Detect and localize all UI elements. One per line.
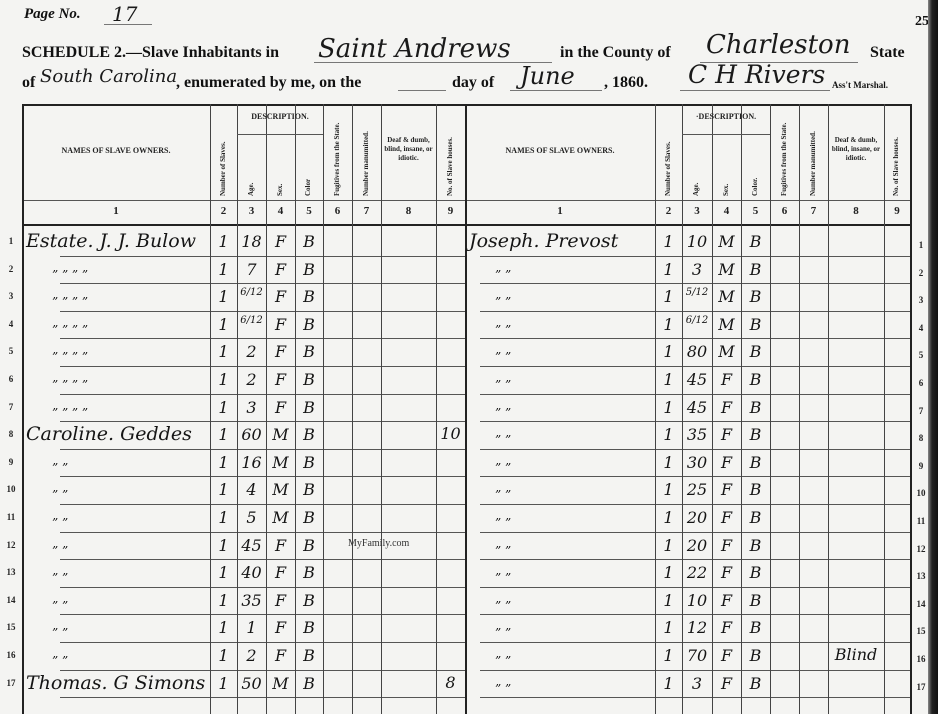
slave-houses-value: 8 <box>436 673 465 692</box>
row-rule <box>210 476 465 477</box>
slave-age: 22 <box>682 563 712 582</box>
slave-sex: F <box>712 536 741 555</box>
slave-count: 1 <box>655 232 682 251</box>
right-panel-border <box>465 104 467 714</box>
row-rule <box>210 587 465 588</box>
owner-name: ” ” ” ” <box>52 295 88 309</box>
right-names-header: NAMES OF SLAVE OWNERS. <box>465 146 655 155</box>
row-rule <box>480 338 655 339</box>
slave-sex: F <box>712 618 741 637</box>
left-color-header: Color <box>304 170 312 196</box>
row-rule <box>210 532 465 533</box>
corner-number: 25 <box>915 14 929 30</box>
owner-name: ” ” <box>52 516 68 530</box>
row-number: 8 <box>2 429 20 439</box>
right-description-header: ·DESCRIPTION. <box>682 112 770 121</box>
row-rule <box>655 449 910 450</box>
row-rule <box>480 366 655 367</box>
left-age-header: Age. <box>247 170 255 196</box>
row-rule <box>655 338 910 339</box>
column-divider <box>381 104 382 714</box>
slave-age: 12 <box>682 618 712 637</box>
owner-name: ” ” <box>495 406 511 420</box>
column-number: 7 <box>799 205 828 217</box>
slave-count: 1 <box>655 618 682 637</box>
left-number-of-slaves-header: Number of Slaves. <box>219 108 227 196</box>
of-label: of <box>22 74 35 92</box>
owner-name: ” ” ” ” <box>52 268 88 282</box>
row-number: 17 <box>2 678 20 688</box>
county-value: Charleston <box>706 30 850 60</box>
slave-age: 7 <box>237 260 266 279</box>
state-value: South Carolina <box>40 66 177 87</box>
slave-age: 4 <box>237 480 266 499</box>
slave-sex: F <box>266 287 295 306</box>
row-rule <box>60 256 210 257</box>
row-rule <box>210 256 465 257</box>
slave-sex: F <box>266 646 295 665</box>
slave-age: 18 <box>237 232 266 251</box>
row-rule <box>60 283 210 284</box>
slave-count: 1 <box>655 591 682 610</box>
slave-age: 3 <box>682 674 712 693</box>
slave-color: B <box>295 342 323 361</box>
slave-count: 1 <box>210 398 237 417</box>
owner-name: ” ” <box>495 654 511 668</box>
slave-age: 5 <box>237 508 266 527</box>
slave-age: 20 <box>682 508 712 527</box>
owner-name: ” ” ” ” <box>52 378 88 392</box>
row-rule <box>210 504 465 505</box>
row-rule <box>60 670 210 671</box>
slave-age: 16 <box>237 453 266 472</box>
marshal-label: Ass't Marshal. <box>832 80 888 90</box>
slave-sex: F <box>712 563 741 582</box>
slave-sex: F <box>712 480 741 499</box>
slave-color: B <box>295 480 323 499</box>
column-divider <box>436 104 437 714</box>
slave-age: 45 <box>237 536 266 555</box>
left-names-header: NAMES OF SLAVE OWNERS. <box>22 146 210 155</box>
slave-sex: F <box>712 453 741 472</box>
row-rule <box>655 504 910 505</box>
row-rule <box>655 587 910 588</box>
slave-age: 10 <box>682 591 712 610</box>
left-fugitives-header: Fugitives from the State. <box>333 108 341 196</box>
slave-color: B <box>741 591 770 610</box>
row-rule <box>60 476 210 477</box>
owner-name: ” ” <box>495 488 511 502</box>
row-rule <box>210 394 465 395</box>
day-of-label: day of <box>452 74 494 92</box>
slave-count: 1 <box>210 260 237 279</box>
slave-sex: F <box>266 591 295 610</box>
row-rule <box>210 283 465 284</box>
owner-name: ” ” <box>52 488 68 502</box>
column-number: 5 <box>741 205 770 217</box>
slave-color: B <box>295 370 323 389</box>
slave-color: B <box>295 646 323 665</box>
column-divider <box>323 104 324 714</box>
row-rule <box>655 642 910 643</box>
slave-count: 1 <box>210 480 237 499</box>
slave-sex: F <box>712 425 741 444</box>
row-rule <box>655 697 910 698</box>
page-number: 17 <box>112 2 137 26</box>
row-number: 13 <box>2 567 20 577</box>
slave-count: 1 <box>210 536 237 555</box>
slave-count: 1 <box>210 287 237 306</box>
slave-age: 25 <box>682 480 712 499</box>
slave-color: B <box>295 315 323 334</box>
row-rule <box>60 338 210 339</box>
row-rule <box>210 449 465 450</box>
slave-color: B <box>741 453 770 472</box>
left-sex-header: Sex. <box>276 170 284 196</box>
year-label: , 1860. <box>604 74 648 92</box>
slave-count: 1 <box>655 425 682 444</box>
slave-count: 1 <box>655 674 682 693</box>
slave-count: 1 <box>655 398 682 417</box>
slave-color: B <box>295 260 323 279</box>
row-rule <box>655 559 910 560</box>
owner-name: ” ” <box>52 544 68 558</box>
slave-age: 60 <box>237 425 266 444</box>
row-rule <box>60 642 210 643</box>
slave-sex: F <box>712 398 741 417</box>
slave-count: 1 <box>210 618 237 637</box>
row-rule <box>480 394 655 395</box>
row-rule <box>655 283 910 284</box>
slave-count: 1 <box>210 370 237 389</box>
column-number: 5 <box>295 205 323 217</box>
slave-sex: F <box>712 508 741 527</box>
slave-sex: M <box>712 287 741 306</box>
row-rule <box>480 532 655 533</box>
row-rule <box>210 311 465 312</box>
right-fugitives-header: Fugitives from the State. <box>780 108 788 196</box>
right-slave-houses-header: No. of Slave houses. <box>892 108 900 196</box>
state-label: State <box>870 44 905 62</box>
row-rule <box>210 642 465 643</box>
slave-color: B <box>295 232 323 251</box>
right-number-of-slaves-header: Number of Slaves. <box>664 108 672 196</box>
slave-color: B <box>741 315 770 334</box>
row-number: 12 <box>2 540 20 550</box>
slave-count: 1 <box>210 232 237 251</box>
slave-color: B <box>741 563 770 582</box>
owner-name: ” ” <box>495 626 511 640</box>
slave-age: 5/12 <box>682 287 712 298</box>
slave-count: 1 <box>655 646 682 665</box>
slave-sex: M <box>712 315 741 334</box>
owner-name: ” ” <box>52 599 68 613</box>
slave-age: 2 <box>237 646 266 665</box>
column-number: 3 <box>237 205 266 217</box>
column-number: 9 <box>436 205 465 217</box>
column-divider <box>770 104 771 714</box>
slave-count: 1 <box>210 342 237 361</box>
row-rule <box>210 338 465 339</box>
slave-age: 6/12 <box>682 315 712 326</box>
slave-color: B <box>741 398 770 417</box>
slave-age: 10 <box>682 232 712 251</box>
column-number: 7 <box>352 205 381 217</box>
slave-count: 1 <box>655 480 682 499</box>
row-number: 15 <box>2 622 20 632</box>
slave-age: 45 <box>682 370 712 389</box>
owner-name: ” ” <box>495 516 511 530</box>
owner-name: ” ” <box>495 461 511 475</box>
row-rule <box>480 670 655 671</box>
slave-age: 20 <box>682 536 712 555</box>
slave-sex: F <box>266 563 295 582</box>
column-number: 6 <box>323 205 352 217</box>
row-rule <box>655 421 910 422</box>
slave-sex: F <box>712 674 741 693</box>
row-rule <box>210 421 465 422</box>
slave-count: 1 <box>655 508 682 527</box>
row-rule <box>60 532 210 533</box>
owner-name: ” ” <box>495 682 511 696</box>
row-number: 1 <box>2 236 20 246</box>
row-rule <box>210 559 465 560</box>
table-top-rule <box>22 104 912 106</box>
owner-name: ” ” <box>495 599 511 613</box>
slave-color: B <box>295 287 323 306</box>
owner-name: ” ” <box>495 571 511 585</box>
month-value: June <box>520 62 575 90</box>
owner-name: Joseph. Prevost <box>469 230 618 252</box>
page-edge-shadow <box>928 0 938 714</box>
slave-color: B <box>295 425 323 444</box>
row-rule <box>60 697 210 698</box>
slave-color: B <box>295 674 323 693</box>
column-divider <box>799 104 800 714</box>
slave-color: B <box>741 480 770 499</box>
slave-sex: M <box>712 260 741 279</box>
slave-age: 70 <box>682 646 712 665</box>
slave-color: B <box>295 536 323 555</box>
row-number: 3 <box>2 291 20 301</box>
slave-count: 1 <box>655 287 682 306</box>
slave-houses-value: 10 <box>436 424 465 443</box>
row-rule <box>480 311 655 312</box>
column-number: 2 <box>210 205 237 217</box>
column-number: 1 <box>22 205 210 217</box>
owner-name: Caroline. Geddes <box>26 423 192 445</box>
slave-count: 1 <box>210 646 237 665</box>
district-value: Saint Andrews <box>318 34 511 64</box>
left-deaf-header: Deaf & dumb, blind, insane, or idiotic. <box>383 136 434 163</box>
row-rule <box>655 256 910 257</box>
page-label: Page No. <box>24 6 81 23</box>
row-rule <box>480 587 655 588</box>
owner-name: ” ” <box>495 378 511 392</box>
row-number: 9 <box>2 457 20 467</box>
column-number: 9 <box>884 205 910 217</box>
owner-name: ” ” <box>52 654 68 668</box>
column-number: 4 <box>266 205 295 217</box>
watermark: MyFamily.com <box>348 538 409 549</box>
row-rule <box>60 614 210 615</box>
column-number: 4 <box>712 205 741 217</box>
slave-count: 1 <box>655 370 682 389</box>
owner-name: ” ” <box>52 626 68 640</box>
slave-sex: M <box>266 425 295 444</box>
slave-sex: F <box>712 591 741 610</box>
slave-count: 1 <box>210 563 237 582</box>
slave-sex: F <box>266 370 295 389</box>
row-number: 7 <box>2 402 20 412</box>
row-rule <box>480 504 655 505</box>
slave-color: B <box>741 618 770 637</box>
slave-sex: F <box>266 342 295 361</box>
row-rule <box>655 311 910 312</box>
row-rule <box>210 366 465 367</box>
row-rule <box>655 614 910 615</box>
row-number: 10 <box>2 484 20 494</box>
slave-count: 1 <box>210 508 237 527</box>
slave-color: B <box>295 508 323 527</box>
slave-count: 1 <box>210 425 237 444</box>
slave-age: 50 <box>237 674 266 693</box>
row-number: 16 <box>2 650 20 660</box>
slave-sex: F <box>266 232 295 251</box>
slave-color: B <box>741 260 770 279</box>
row-rule <box>210 614 465 615</box>
row-rule <box>210 670 465 671</box>
slave-color: B <box>741 342 770 361</box>
column-number: 8 <box>381 205 436 217</box>
row-number: 14 <box>2 595 20 605</box>
left-slave-houses-header: No. of Slave houses. <box>446 108 454 196</box>
row-rule <box>480 256 655 257</box>
right-manumitted-header: Number manumitted. <box>809 108 817 196</box>
owner-name: Estate. J. J. Bulow <box>26 230 196 252</box>
left-panel-border <box>22 104 24 714</box>
column-divider <box>352 104 353 714</box>
owner-name: ” ” <box>52 571 68 585</box>
slave-color: B <box>741 646 770 665</box>
owner-name: ” ” <box>495 323 511 337</box>
column-number: 2 <box>655 205 682 217</box>
row-rule <box>480 559 655 560</box>
column-number: 1 <box>465 205 655 217</box>
county-label: in the County of <box>560 44 671 62</box>
row-rule <box>60 449 210 450</box>
slave-sex: F <box>266 315 295 334</box>
owner-name: Thomas. G Simons <box>26 672 205 694</box>
row-rule <box>655 394 910 395</box>
slave-age: 45 <box>682 398 712 417</box>
slave-sex: F <box>266 260 295 279</box>
left-manumitted-header: Number manumitted. <box>362 108 370 196</box>
row-rule <box>655 532 910 533</box>
row-rule <box>480 421 655 422</box>
row-rule <box>480 449 655 450</box>
description-rule <box>237 134 323 135</box>
slave-count: 1 <box>210 591 237 610</box>
row-rule <box>480 697 655 698</box>
slave-color: B <box>741 232 770 251</box>
right-color-header: Color. <box>751 170 759 196</box>
slave-color: B <box>295 591 323 610</box>
slave-age: 40 <box>237 563 266 582</box>
row-rule <box>60 504 210 505</box>
slave-count: 1 <box>655 342 682 361</box>
owner-name: ” ” <box>495 350 511 364</box>
row-rule <box>60 366 210 367</box>
owner-name: ” ” ” ” <box>52 406 88 420</box>
right-sex-header: Sex. <box>722 170 730 196</box>
slave-age: 30 <box>682 453 712 472</box>
slave-color: B <box>741 674 770 693</box>
slave-color: B <box>295 618 323 637</box>
slave-count: 1 <box>655 453 682 472</box>
slave-sex: M <box>712 342 741 361</box>
slave-sex: M <box>266 508 295 527</box>
enumerated-label: , enumerated by me, on the <box>176 74 361 92</box>
row-rule <box>60 587 210 588</box>
row-rule <box>480 614 655 615</box>
slave-count: 1 <box>655 563 682 582</box>
row-rule <box>60 559 210 560</box>
slave-age: 3 <box>237 398 266 417</box>
row-rule <box>210 697 465 698</box>
slave-sex: F <box>712 370 741 389</box>
column-number: 6 <box>770 205 799 217</box>
slave-color: B <box>741 508 770 527</box>
slave-sex: M <box>712 232 741 251</box>
marshal-name: C H Rivers <box>688 60 825 89</box>
slave-count: 1 <box>655 536 682 555</box>
slave-color: B <box>741 287 770 306</box>
slave-count: 1 <box>655 315 682 334</box>
slave-color: B <box>741 536 770 555</box>
slave-color: B <box>295 398 323 417</box>
slave-count: 1 <box>655 260 682 279</box>
slave-age: 80 <box>682 342 712 361</box>
slave-sex: F <box>266 618 295 637</box>
row-rule <box>655 670 910 671</box>
column-number: 3 <box>682 205 712 217</box>
owner-name: ” ” ” ” <box>52 323 88 337</box>
slave-color: B <box>741 425 770 444</box>
row-number: 11 <box>2 512 20 522</box>
left-description-header: DESCRIPTION. <box>237 112 323 121</box>
row-rule <box>655 476 910 477</box>
slave-age: 35 <box>237 591 266 610</box>
row-number: 2 <box>2 264 20 274</box>
slave-sex: F <box>712 646 741 665</box>
slave-sex: M <box>266 480 295 499</box>
owner-name: ” ” <box>495 433 511 447</box>
slave-sex: M <box>266 453 295 472</box>
slave-sex: F <box>266 398 295 417</box>
column-number-rule <box>22 224 912 226</box>
owner-name: ” ” ” ” <box>52 350 88 364</box>
column-divider <box>884 104 885 714</box>
row-number: 5 <box>2 346 20 356</box>
slave-age: 1 <box>237 618 266 637</box>
slave-count: 1 <box>210 315 237 334</box>
slave-age: 3 <box>682 260 712 279</box>
slave-age: 2 <box>237 370 266 389</box>
deaf-blind-value: Blind <box>828 645 884 664</box>
row-rule <box>60 394 210 395</box>
row-rule <box>60 421 210 422</box>
